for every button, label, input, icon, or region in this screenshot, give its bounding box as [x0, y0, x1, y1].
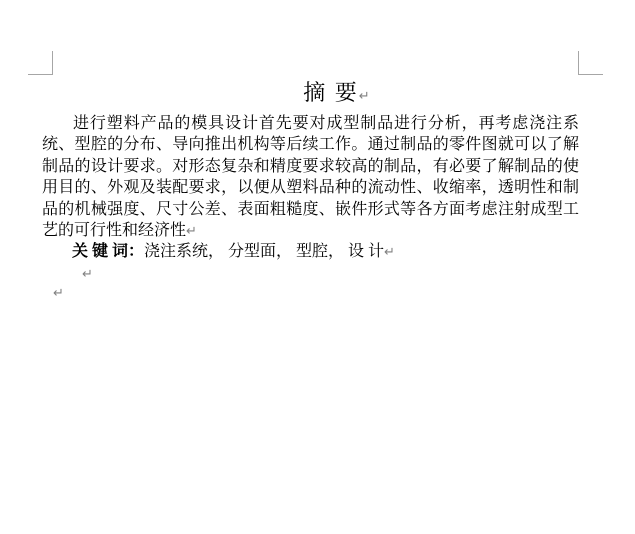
paragraph-mark-icon: ↵ — [53, 287, 64, 300]
paragraph-mark-icon: ↵ — [359, 89, 370, 104]
document-page: 摘 要↵ 进行塑料产品的模具设计首先要对成型制品进行分析，再考虑浇注系统、型腔的… — [0, 0, 635, 534]
keywords-text[interactable]: 浇注系统， 分型面， 型腔， 设 计 — [144, 243, 384, 260]
text-boundary-mark-top-left — [28, 51, 53, 75]
abstract-paragraph[interactable]: 进行塑料产品的模具设计首先要对成型制品进行分析，再考虑浇注系统、型腔的分布、导向… — [42, 113, 579, 242]
paragraph-mark-icon: ↵ — [384, 245, 395, 260]
abstract-heading-text[interactable]: 摘 要 — [303, 80, 359, 105]
keywords-label[interactable]: 关 键 词： — [72, 243, 144, 260]
abstract-text[interactable]: 进行塑料产品的模具设计首先要对成型制品进行分析，再考虑浇注系统、型腔的分布、导向… — [42, 115, 579, 239]
abstract-heading[interactable]: 摘 要↵ — [0, 80, 635, 110]
text-boundary-mark-top-right — [578, 51, 603, 75]
keywords-line[interactable]: 关 键 词：浇注系统， 分型面， 型腔， 设 计↵ — [42, 241, 579, 263]
paragraph-mark-icon: ↵ — [186, 224, 197, 239]
paragraph-mark-icon: ↵ — [82, 268, 93, 281]
